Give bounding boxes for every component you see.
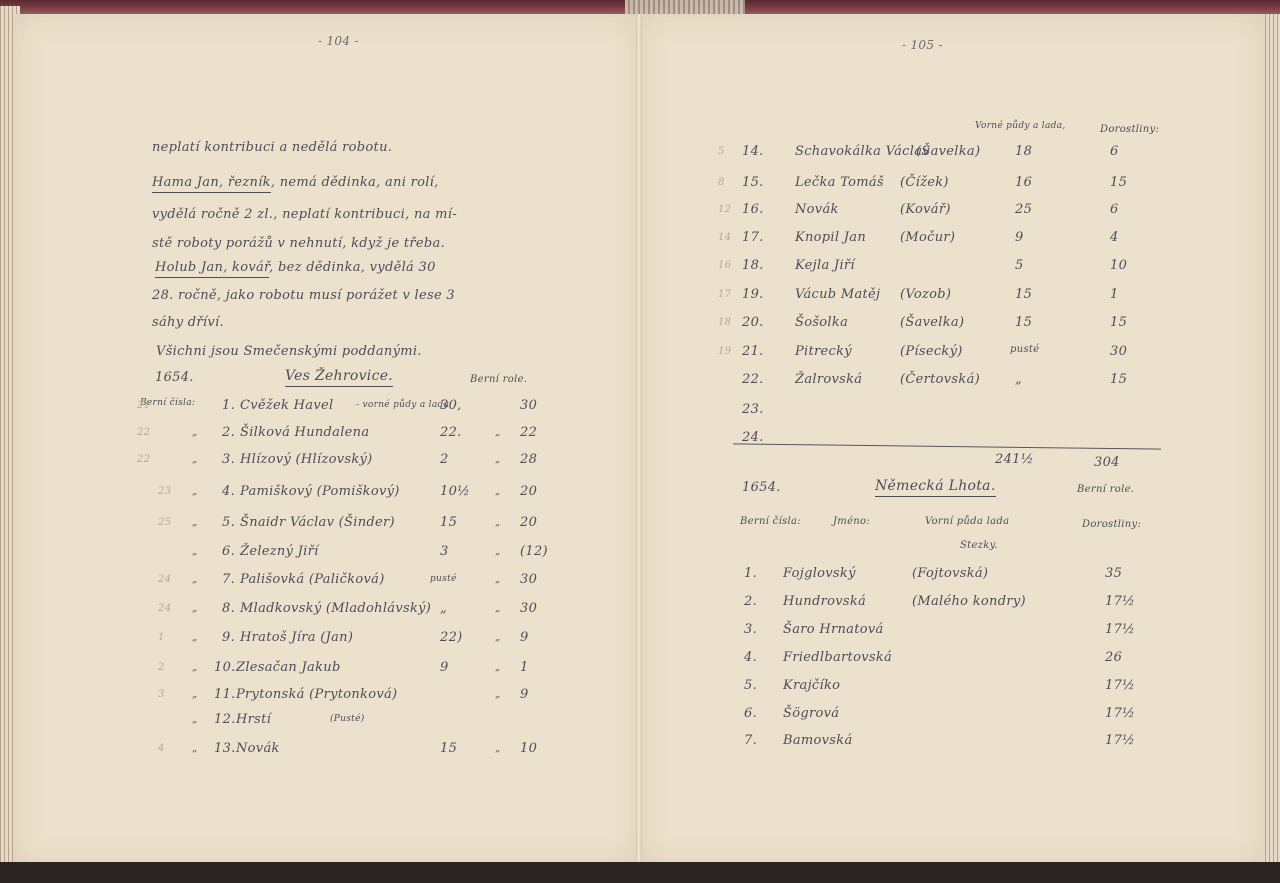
ditto-mark: „ <box>495 603 500 614</box>
row-field-value: 16 <box>1015 175 1032 190</box>
row-field-value: 15 <box>440 515 457 530</box>
margin-number: 23 <box>158 486 171 497</box>
section-village-title: Německá Lhota. <box>875 478 996 497</box>
row-number: 16. <box>742 202 764 217</box>
header-fields-sub: Stezky. <box>960 540 998 551</box>
row-other-value: 15 <box>1110 372 1127 387</box>
row-value: 35 <box>1105 566 1122 581</box>
row-number: 2. <box>222 425 235 440</box>
ditto-mark: „ <box>192 517 197 528</box>
book-bottom-edge <box>0 862 1280 883</box>
paragraph-line: 28. ročně, jako robotu musí porážet v le… <box>152 288 455 303</box>
row-number: 13. <box>214 741 236 756</box>
ditto-mark: „ <box>192 689 197 700</box>
row-number: 1. <box>744 566 757 581</box>
row-field-value: „ <box>440 601 447 616</box>
row-field-value: 30, <box>440 398 462 413</box>
row-other-value: 10 <box>1110 258 1127 273</box>
row-name: Hundrovská <box>783 594 866 609</box>
row-alt-name: (Písecký) <box>900 344 963 359</box>
row-field-value: 15 <box>1015 315 1032 330</box>
total-other: 304 <box>1094 455 1120 470</box>
row-name: Pamiškový (Pomiškový) <box>240 484 400 499</box>
row-number: 4. <box>744 650 757 665</box>
row-other-value: 20 <box>520 484 537 499</box>
row-number: 7. <box>744 733 757 748</box>
row-field-value: 2 <box>440 452 449 467</box>
ditto-mark: „ <box>192 546 197 557</box>
row-other-value: 22 <box>520 425 537 440</box>
ditto-mark: „ <box>495 689 500 700</box>
row-field-value: 18 <box>1015 144 1032 159</box>
margin-number: 24 <box>158 603 171 614</box>
row-field-value: 25 <box>1015 202 1032 217</box>
section-village-title: Ves Žehrovice. <box>285 368 393 387</box>
header-berni-cisla: Berní čísla: <box>740 516 801 527</box>
paragraph-line: Holub Jan, kovář, bez dědinka, vydělá 30 <box>155 260 436 275</box>
total-fields: 241½ <box>995 452 1034 467</box>
row-other-value: 15 <box>1110 315 1127 330</box>
section-column-label: Berní role. <box>1077 484 1134 495</box>
row-name: Šögrová <box>783 706 839 721</box>
row-field-value: 22) <box>440 630 463 645</box>
row-number: 3. <box>222 452 235 467</box>
row-alt-name: (Čížek) <box>900 175 949 190</box>
margin-number: 17 <box>718 289 731 300</box>
ditto-mark: „ <box>495 662 500 673</box>
row-alt-name: (Čertovská) <box>900 372 980 387</box>
row-other-value: 30 <box>520 601 537 616</box>
margin-number: 3 <box>158 689 165 700</box>
row-alt-name: (Kovář) <box>900 202 951 217</box>
paragraph-line: neplatí kontribuci a nedělá robotu. <box>152 140 392 155</box>
ditto-mark: „ <box>495 546 500 557</box>
page-number-right: - 105 - <box>902 38 943 52</box>
row-number: 11. <box>214 687 236 702</box>
entry-name-underlined: Hama Jan, řezník <box>152 175 271 193</box>
section-year: 1654. <box>742 480 781 495</box>
row-field-value: 9 <box>440 660 449 675</box>
row-number: 5. <box>744 678 757 693</box>
margin-number: 8 <box>718 177 725 188</box>
book-gutter <box>636 14 642 866</box>
row-number: 18. <box>742 258 764 273</box>
row-number: 15. <box>742 175 764 190</box>
row-field-value: 15 <box>440 741 457 756</box>
row-number: 23. <box>742 402 764 417</box>
margin-number: 24 <box>158 574 171 585</box>
row-other-value: 30 <box>1110 344 1127 359</box>
row-number: 12. <box>214 712 236 727</box>
row-number: 6. <box>222 544 235 559</box>
paragraph-line: Všichni jsou Smečenskými poddanými. <box>156 344 422 359</box>
header-jmeno: Jméno: <box>833 516 870 527</box>
row-name: Krajčíko <box>783 678 840 693</box>
margin-number: 19 <box>718 346 731 357</box>
ditto-mark: „ <box>495 574 500 585</box>
row-name: Šaro Hrnatová <box>783 622 884 637</box>
ditto-mark: „ <box>192 454 197 465</box>
entry-name-underlined: Holub Jan, kovář <box>155 260 269 278</box>
margin-number: 4 <box>158 743 165 754</box>
row-alt-name: (Malého kondry) <box>912 594 1026 609</box>
ditto-mark: „ <box>495 743 500 754</box>
row-name: Hratoš Jíra (Jan) <box>240 630 353 645</box>
row-name: Lečka Tomáš <box>795 175 884 190</box>
row-name: Knopil Jan <box>795 230 866 245</box>
row-number: 8. <box>222 601 235 616</box>
row-number: 9. <box>222 630 235 645</box>
row-field-value: 22. <box>440 425 462 440</box>
row-name: Schavokálka Václav <box>795 144 930 159</box>
row-name: Bamovská <box>783 733 853 748</box>
ditto-mark: „ <box>495 486 500 497</box>
section-column-label: Berní role. <box>470 374 527 385</box>
ditto-mark: „ <box>495 454 500 465</box>
margin-number: 5 <box>718 146 725 157</box>
row-name: Mladkovský (Mladohlávský) <box>240 601 431 616</box>
section-year: 1654. <box>155 370 194 385</box>
row-number: 5. <box>222 515 235 530</box>
margin-number: 22 <box>137 427 150 438</box>
margin-number: 2 <box>158 662 165 673</box>
paragraph-line: vydělá ročně 2 zl., neplatí kontribuci, … <box>152 207 457 222</box>
row-number: 10. <box>214 660 236 675</box>
row-alt-name: (Šavelka) <box>900 315 964 330</box>
page-number-left: - 104 - <box>318 34 359 48</box>
ditto-mark: „ <box>495 427 500 438</box>
ditto-mark: „ <box>192 486 197 497</box>
row-other-value: 30 <box>520 572 537 587</box>
row-name: Šošolka <box>795 315 848 330</box>
row-name: Cvěžek Havel <box>240 398 333 413</box>
row-number: 21. <box>742 344 764 359</box>
column-header-fields: Vorné půdy a lada, <box>975 121 1066 131</box>
row-name: Kejla Jiří <box>795 258 855 273</box>
row-field-value: „ <box>1015 372 1022 387</box>
row-other-value: 1 <box>1110 287 1119 302</box>
margin-number: 25 <box>158 517 171 528</box>
row-name: Pališovká (Paličková) <box>240 572 385 587</box>
row-other-value: 6 <box>1110 144 1119 159</box>
row-name: Žalrovská <box>795 372 862 387</box>
ditto-mark: „ <box>192 714 197 725</box>
row-number: 6. <box>744 706 757 721</box>
row-note: (Pusté) <box>330 714 365 724</box>
row-other-value: 30 <box>520 398 537 413</box>
margin-number: 1 <box>158 632 165 643</box>
ditto-mark: „ <box>192 662 197 673</box>
margin-number: 22 <box>137 454 150 465</box>
row-name: Železný Jiří <box>240 544 319 559</box>
row-number: 17. <box>742 230 764 245</box>
row-other-value: 1 <box>520 660 529 675</box>
row-alt-name: (Fojtovská) <box>912 566 988 581</box>
margin-number: 14 <box>718 232 731 243</box>
row-other-value: 9 <box>520 687 529 702</box>
margin-number: 12 <box>718 204 731 215</box>
row-name: Novák <box>795 202 839 217</box>
header-other: Dorostliny: <box>1082 519 1141 530</box>
ditto-mark: „ <box>495 632 500 643</box>
margin-number: 16 <box>718 260 731 271</box>
ditto-mark: „ <box>192 743 197 754</box>
ditto-mark: „ <box>192 603 197 614</box>
row-field-value: pusté <box>1010 344 1039 355</box>
right-page <box>640 14 1264 866</box>
row-field-value: 15 <box>1015 287 1032 302</box>
row-name: Novák <box>236 741 280 756</box>
row-number: 3. <box>744 622 757 637</box>
row-number: 7. <box>222 572 235 587</box>
row-alt-name: (Vozob) <box>900 287 951 302</box>
row-field-value: 5 <box>1015 258 1024 273</box>
row-field-value: 9 <box>1015 230 1024 245</box>
row-name: Zlesačan Jakub <box>236 660 341 675</box>
row-name: Šilková Hundalena <box>240 425 369 440</box>
ditto-mark: „ <box>495 517 500 528</box>
row-other-value: 9 <box>520 630 529 645</box>
row-name: Hlízový (Hlízovský) <box>240 452 373 467</box>
row-other-value: 6 <box>1110 202 1119 217</box>
row-name: Vácub Matěj <box>795 287 880 302</box>
row-value: 17½ <box>1105 706 1135 721</box>
row-note: pusté <box>430 574 457 584</box>
ditto-mark: „ <box>192 574 197 585</box>
row-alt-name: (Šavelka) <box>916 144 980 159</box>
row-value: 17½ <box>1105 594 1135 609</box>
paragraph-line: Hama Jan, řezník, nemá dědinka, ani rolí… <box>152 175 439 190</box>
row-name: Fojglovský <box>783 566 856 581</box>
row-value: 17½ <box>1105 733 1135 748</box>
row-number: 2. <box>744 594 757 609</box>
row-number: 4. <box>222 484 235 499</box>
margin-number: 21 <box>137 400 150 411</box>
row-other-value: (12) <box>520 544 548 559</box>
row-name: Friedlbartovská <box>783 650 892 665</box>
row-name: Hrstí <box>236 712 271 727</box>
row-number: 19. <box>742 287 764 302</box>
paragraph-line: sáhy dříví. <box>152 315 224 330</box>
row-other-value: 15 <box>1110 175 1127 190</box>
row-number: 20. <box>742 315 764 330</box>
row-other-value: 28 <box>520 452 537 467</box>
header-fields: Vorní půda lada <box>925 516 1009 527</box>
row-alt-name: (Močur) <box>900 230 955 245</box>
row-field-value: 10½ <box>440 484 470 499</box>
row-value: 17½ <box>1105 678 1135 693</box>
margin-number: 18 <box>718 317 731 328</box>
row-name: Šnaidr Václav (Šinder) <box>240 515 395 530</box>
row-other-value: 20 <box>520 515 537 530</box>
ditto-mark: „ <box>192 632 197 643</box>
row-name: Prytonská (Prytonková) <box>236 687 397 702</box>
column-header-other: Dorostliny: <box>1100 124 1159 135</box>
row-number: 22. <box>742 372 764 387</box>
row-value: 17½ <box>1105 622 1135 637</box>
ditto-mark: „ <box>192 427 197 438</box>
row-other-value: 10 <box>520 741 537 756</box>
row-number: 1. <box>222 398 235 413</box>
paragraph-line: stě roboty porážů v nehnutí, když je tře… <box>152 236 445 251</box>
row-other-value: 4 <box>1110 230 1119 245</box>
row-field-value: 3 <box>440 544 449 559</box>
row-number: 14. <box>742 144 764 159</box>
row-value: 26 <box>1105 650 1122 665</box>
row-note: - vorné půdy a lada <box>356 400 449 410</box>
row-name: Pitrecký <box>795 344 852 359</box>
